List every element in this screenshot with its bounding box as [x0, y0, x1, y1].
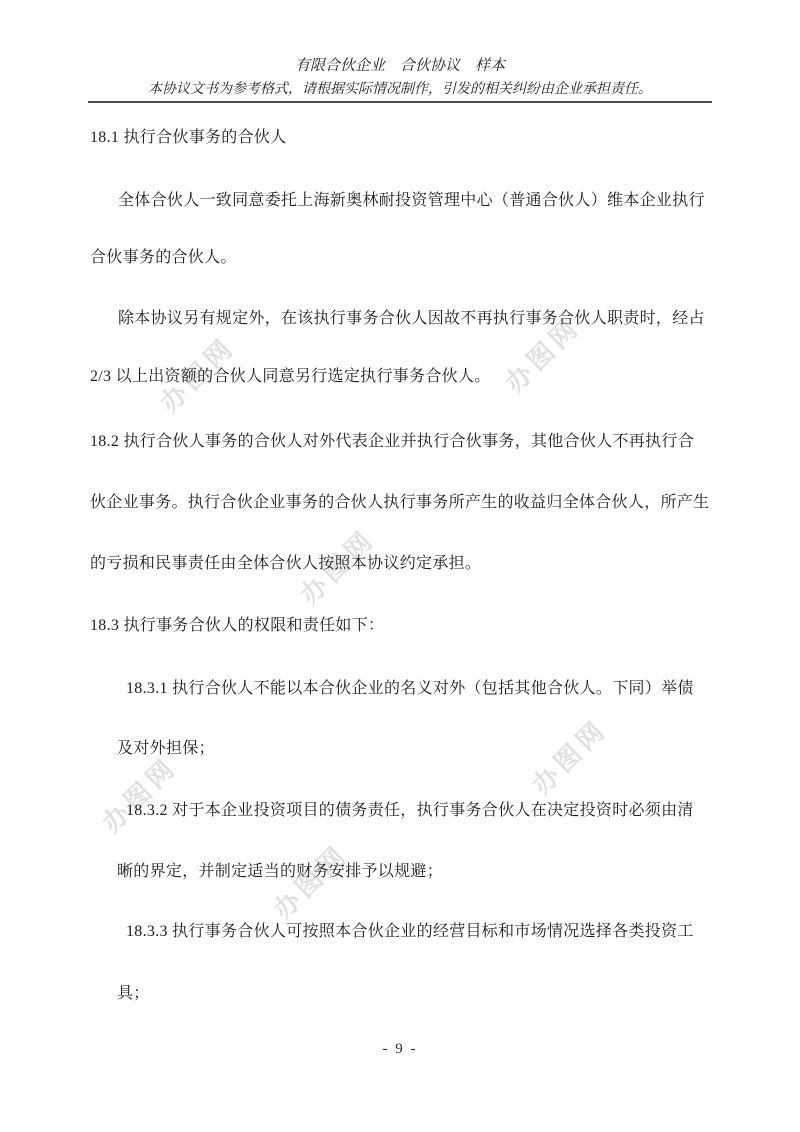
- section-heading-line: 18.1 执行合伙事务的合伙人: [90, 128, 287, 148]
- paragraph-line: 伙企业事务。执行合伙企业事务的合伙人执行事务所产生的收益归全体合伙人，所产生: [90, 493, 709, 513]
- subitem-line: 具；: [117, 984, 150, 1004]
- subitem-line: 18.3.2 对于本企业投资项目的债务责任，执行事务合伙人在决定投资时必须由清: [126, 801, 694, 821]
- subitem-line: 18.3.1 执行合伙人不能以本合伙企业的名义对外（包括其他合伙人。下同）举债: [126, 679, 694, 699]
- subitem-line: 及对外担保；: [117, 739, 215, 759]
- paragraph-line: 2/3 以上出资额的合伙人同意另行选定执行事务合伙人。: [90, 367, 491, 387]
- section-heading-line: 18.2 执行合伙人事务的合伙人对外代表企业并执行合伙事务，其他合伙人不再执行合: [90, 432, 694, 452]
- document-disclaimer: 本协议文书为参考格式，请根据实际情况制作，引发的相关纠纷由企业承担责任。: [0, 78, 800, 98]
- paragraph-line: 全体合伙人一致同意委托上海新奥林耐投资管理中心（普通合伙人）维本企业执行: [118, 191, 705, 211]
- subitem-line: 晰的界定，并制定适当的财务安排予以规避；: [117, 862, 443, 882]
- paragraph-line: 的亏损和民事责任由全体合伙人按照本协议约定承担。: [90, 554, 481, 574]
- header-divider: [88, 101, 712, 103]
- section-heading-line: 18.3 执行事务合伙人的权限和责任如下：: [90, 616, 384, 636]
- subitem-line: 18.3.3 执行事务合伙人可按照本合伙企业的经营目标和市场情况选择各类投资工: [126, 922, 694, 942]
- document-title: 有限合伙企业 合伙协议 样本: [0, 54, 800, 75]
- watermark-text: 办图网: [523, 710, 615, 802]
- watermark-text: 办图网: [93, 748, 185, 840]
- document-page: 办图网 办图网 办图网 办图网 办图网 办图网 有限合伙企业 合伙协议 样本 本…: [0, 0, 800, 1132]
- page-number: - 9 -: [0, 1041, 800, 1058]
- paragraph-line: 合伙事务的合伙人。: [90, 248, 237, 268]
- paragraph-line: 除本协议另有规定外，在该执行事务合伙人因故不再执行事务合伙人职责时，经占: [118, 309, 705, 329]
